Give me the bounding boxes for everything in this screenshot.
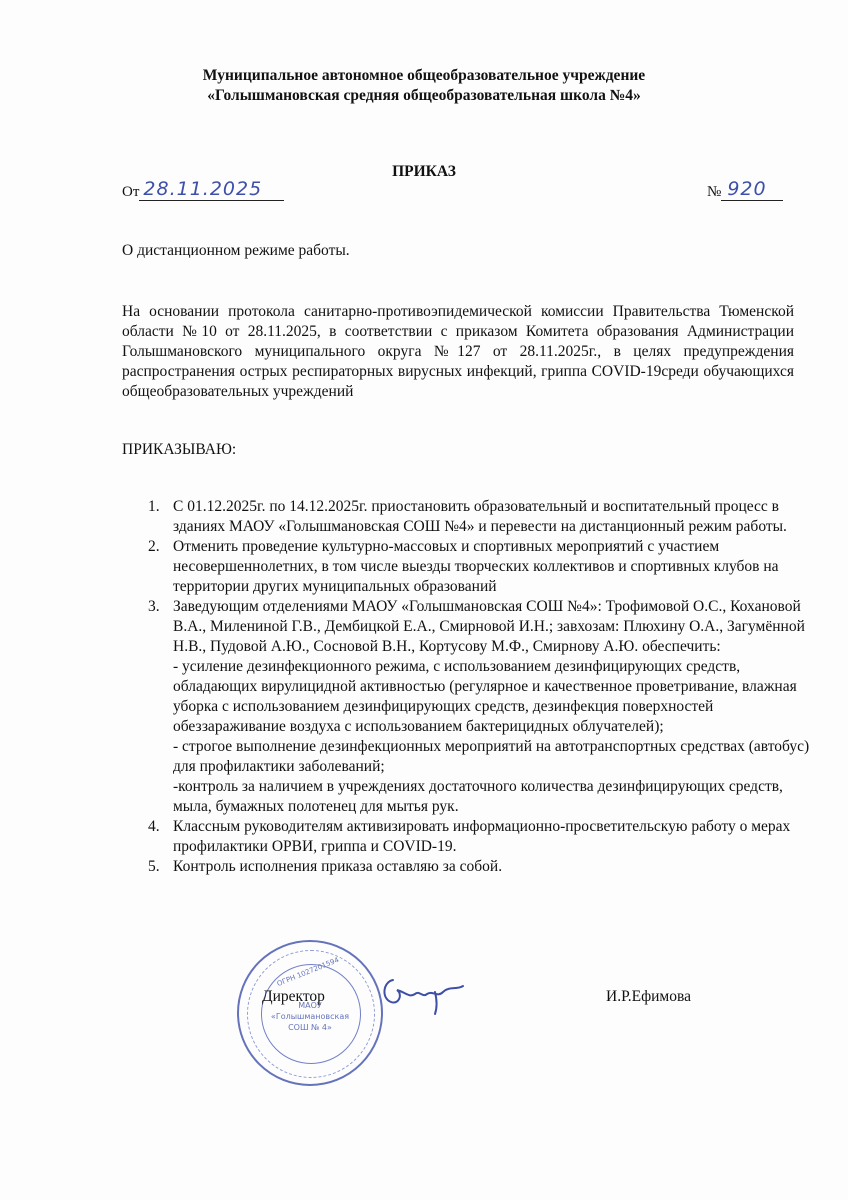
item-number: 2. — [148, 537, 173, 597]
handwritten-signature — [375, 968, 475, 1018]
order-number: № 920 — [707, 178, 783, 201]
list-item: 4. Классным руководителям активизировать… — [148, 817, 813, 857]
signatory-name: И.Р.Ефимова — [606, 988, 691, 1006]
item-number: 3. — [148, 597, 173, 817]
list-item: 5. Контроль исполнения приказа оставляю … — [148, 857, 813, 877]
org-name-line-2: «Голышмановская средняя общеобразователь… — [0, 86, 848, 106]
sub-item: -контроль за наличием в учреждениях дост… — [173, 777, 813, 817]
official-stamp: ОГРН 1027201594 МАОУ «Голышмановская СОШ… — [237, 940, 383, 1086]
org-name-line-1: Муниципальное автономное общеобразовател… — [0, 66, 848, 86]
order-items-list: 1. С 01.12.2025г. по 14.12.2025г. приост… — [148, 497, 813, 877]
stamp-line-3: СОШ № 4» — [239, 1022, 381, 1033]
number-prefix: № — [707, 184, 721, 201]
item-text: Классным руководителям активизировать ин… — [173, 817, 813, 857]
item-number: 5. — [148, 857, 173, 877]
item-body: Заведующим отделениями МАОУ «Голышмановс… — [173, 597, 813, 817]
sub-item: - усиление дезинфекционного режима, с ис… — [173, 657, 813, 737]
list-item: 3. Заведующим отделениями МАОУ «Голышман… — [148, 597, 813, 817]
list-item: 1. С 01.12.2025г. по 14.12.2025г. приост… — [148, 497, 813, 537]
sub-item: - строгое выполнение дезинфекционных мер… — [173, 737, 813, 777]
item-text: Контроль исполнения приказа оставляю за … — [173, 857, 813, 877]
stamp-line-2: «Голышмановская — [239, 1011, 381, 1022]
item-text: Заведующим отделениями МАОУ «Голышмановс… — [173, 597, 813, 657]
organization-header: Муниципальное автономное общеобразовател… — [0, 66, 848, 106]
handwritten-date: 28.11.2025 — [139, 178, 284, 201]
preamble-paragraph: На основании протокола санитарно-противо… — [122, 302, 794, 402]
order-subject: О дистанционном режиме работы. — [122, 242, 350, 260]
item-number: 4. — [148, 817, 173, 857]
item-text: С 01.12.2025г. по 14.12.2025г. приостано… — [173, 497, 813, 537]
item-number: 1. — [148, 497, 173, 537]
order-directive: ПРИКАЗЫВАЮ: — [122, 441, 236, 459]
item-text: Отменить проведение культурно-массовых и… — [173, 537, 813, 597]
list-item: 2. Отменить проведение культурно-массовы… — [148, 537, 813, 597]
order-date: От 28.11.2025 — [122, 178, 284, 201]
handwritten-number: 920 — [721, 178, 782, 201]
signatory-position: Директор — [262, 988, 325, 1006]
date-prefix: От — [122, 184, 139, 201]
